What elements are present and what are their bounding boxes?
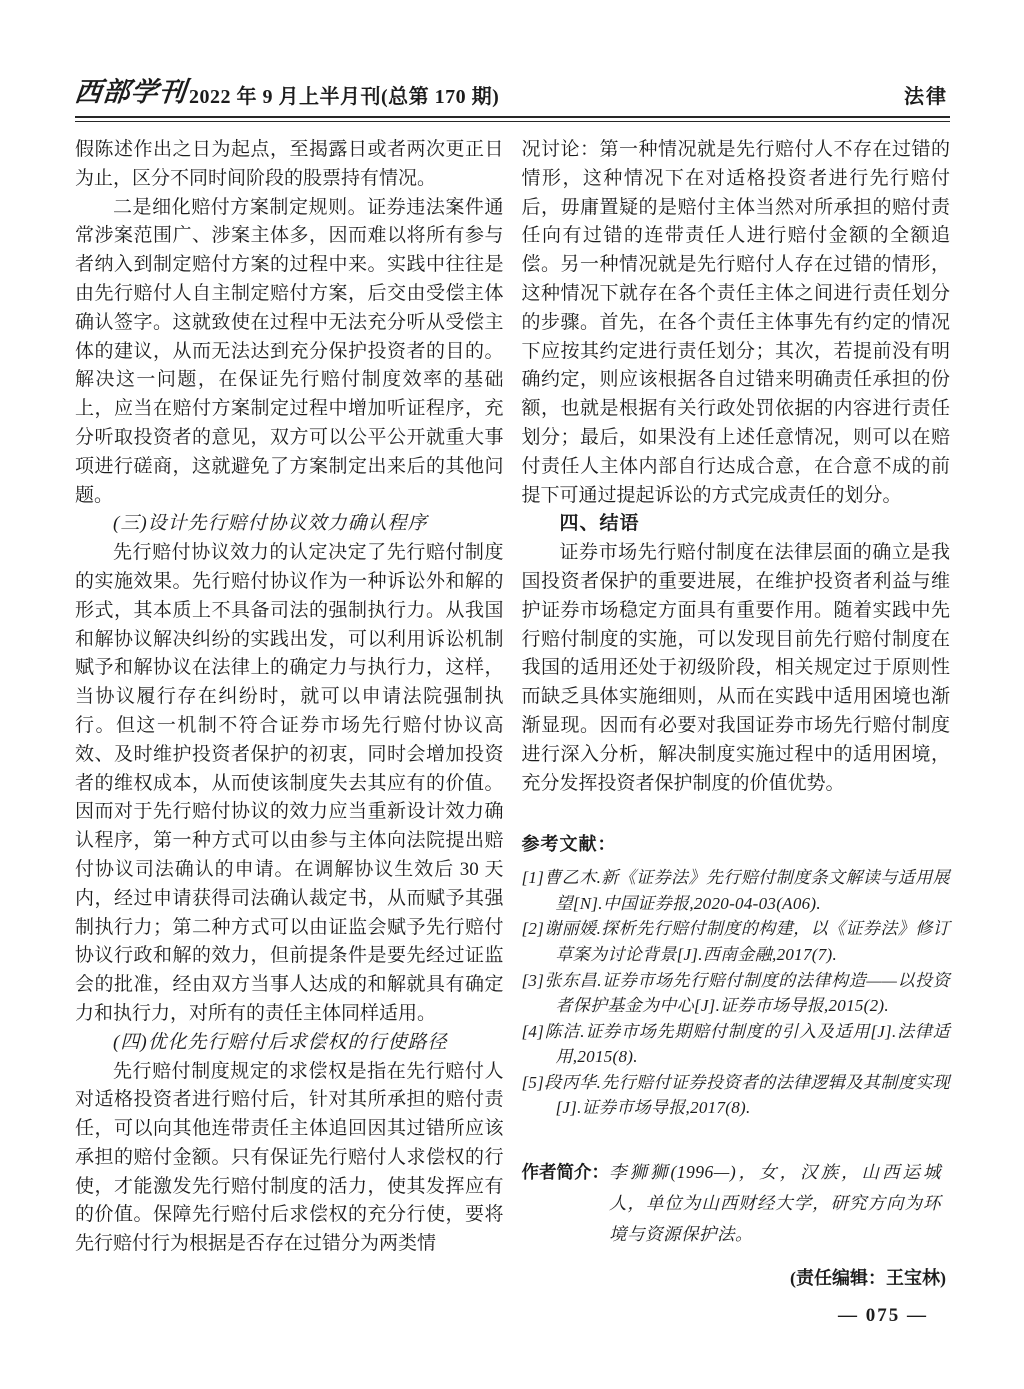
reference-item: [3]张东昌.证券市场先行赔付制度的法律构造——以投资者保护基金为中心[J].证… <box>522 968 951 1019</box>
author-bio-label: 作者简介： <box>522 1157 610 1250</box>
author-bio: 作者简介： 李狮狮(1996—)，女，汉族，山西运城人，单位为山西财经大学，研究… <box>522 1157 951 1250</box>
paragraph: 假陈述作出之日为起点，至揭露日或者两次更正日为止，区分不同时间阶段的股票持有情况… <box>75 136 504 194</box>
paragraph: 况讨论：第一种情况就是先行赔付人不存在过错的情形，这种情况下在对适格投资者进行先… <box>522 136 951 510</box>
left-column: 假陈述作出之日为起点，至揭露日或者两次更正日为止，区分不同时间阶段的股票持有情况… <box>75 136 504 1293</box>
editor-note: (责任编辑：王宝林) <box>522 1264 951 1293</box>
journal-page: 西部学刊 2022 年 9 月上半月刊(总第 170 期) 法律 假陈述作出之日… <box>0 0 1024 1389</box>
right-column: 况讨论：第一种情况就是先行赔付人不存在过错的情形，这种情况下在对适格投资者进行先… <box>522 136 951 1293</box>
paragraph: 先行赔付协议效力的认定决定了先行赔付制度的实施效果。先行赔付协议作为一种诉讼外和… <box>75 539 504 1029</box>
paragraph: 证券市场先行赔付制度在法律层面的确立是我国投资者保护的重要进展，在维护投资者利益… <box>522 539 951 798</box>
page-header: 西部学刊 2022 年 9 月上半月刊(总第 170 期) 法律 <box>75 70 950 116</box>
issue-info: 2022 年 9 月上半月刊(总第 170 期) <box>189 80 499 109</box>
paragraph: (三)设计先行赔付协议效力确认程序 <box>75 510 504 539</box>
references-title: 参考文献： <box>522 830 951 859</box>
paragraph: 二是细化赔付方案制定规则。证券违法案件通常涉案范围广、涉案主体多，因而难以将所有… <box>75 194 504 511</box>
paragraph: 四、结语 <box>522 510 951 539</box>
page-footer: — 075 — <box>838 1305 928 1327</box>
paragraph: 先行赔付制度规定的求偿权是指在先行赔付人对适格投资者进行赔付后，针对其所承担的赔… <box>75 1058 504 1260</box>
reference-item: [2]谢丽媛.探析先行赔付制度的构建，以《证券法》修订草案为讨论背景[J].西南… <box>522 916 951 967</box>
right-column-text: 况讨论：第一种情况就是先行赔付人不存在过错的情形，这种情况下在对适格投资者进行先… <box>522 136 951 798</box>
author-bio-text: 李狮狮(1996—)，女，汉族，山西运城人，单位为山西财经大学，研究方向为环境与… <box>609 1157 941 1250</box>
header-divider <box>75 116 950 122</box>
section-label: 法律 <box>904 80 948 109</box>
reference-item: [1]曹乙木.新《证券法》先行赔付制度条文解读与适用展望[N].中国证券报,20… <box>522 865 951 916</box>
journal-logo: 西部学刊 <box>73 70 189 109</box>
article-body: 假陈述作出之日为起点，至揭露日或者两次更正日为止，区分不同时间阶段的股票持有情况… <box>75 136 950 1293</box>
paragraph: (四)优化先行赔付后求偿权的行使路径 <box>75 1029 504 1058</box>
references-list: [1]曹乙木.新《证券法》先行赔付制度条文解读与适用展望[N].中国证券报,20… <box>522 865 951 1121</box>
reference-item: [4]陈洁.证券市场先期赔付制度的引入及适用[J].法律适用,2015(8). <box>522 1019 951 1070</box>
reference-item: [5]段丙华.先行赔付证券投资者的法律逻辑及其制度实现[J].证券市场导报,20… <box>522 1070 951 1121</box>
masthead-left: 西部学刊 2022 年 9 月上半月刊(总第 170 期) <box>75 70 499 109</box>
page-number: — 075 — <box>838 1305 928 1326</box>
